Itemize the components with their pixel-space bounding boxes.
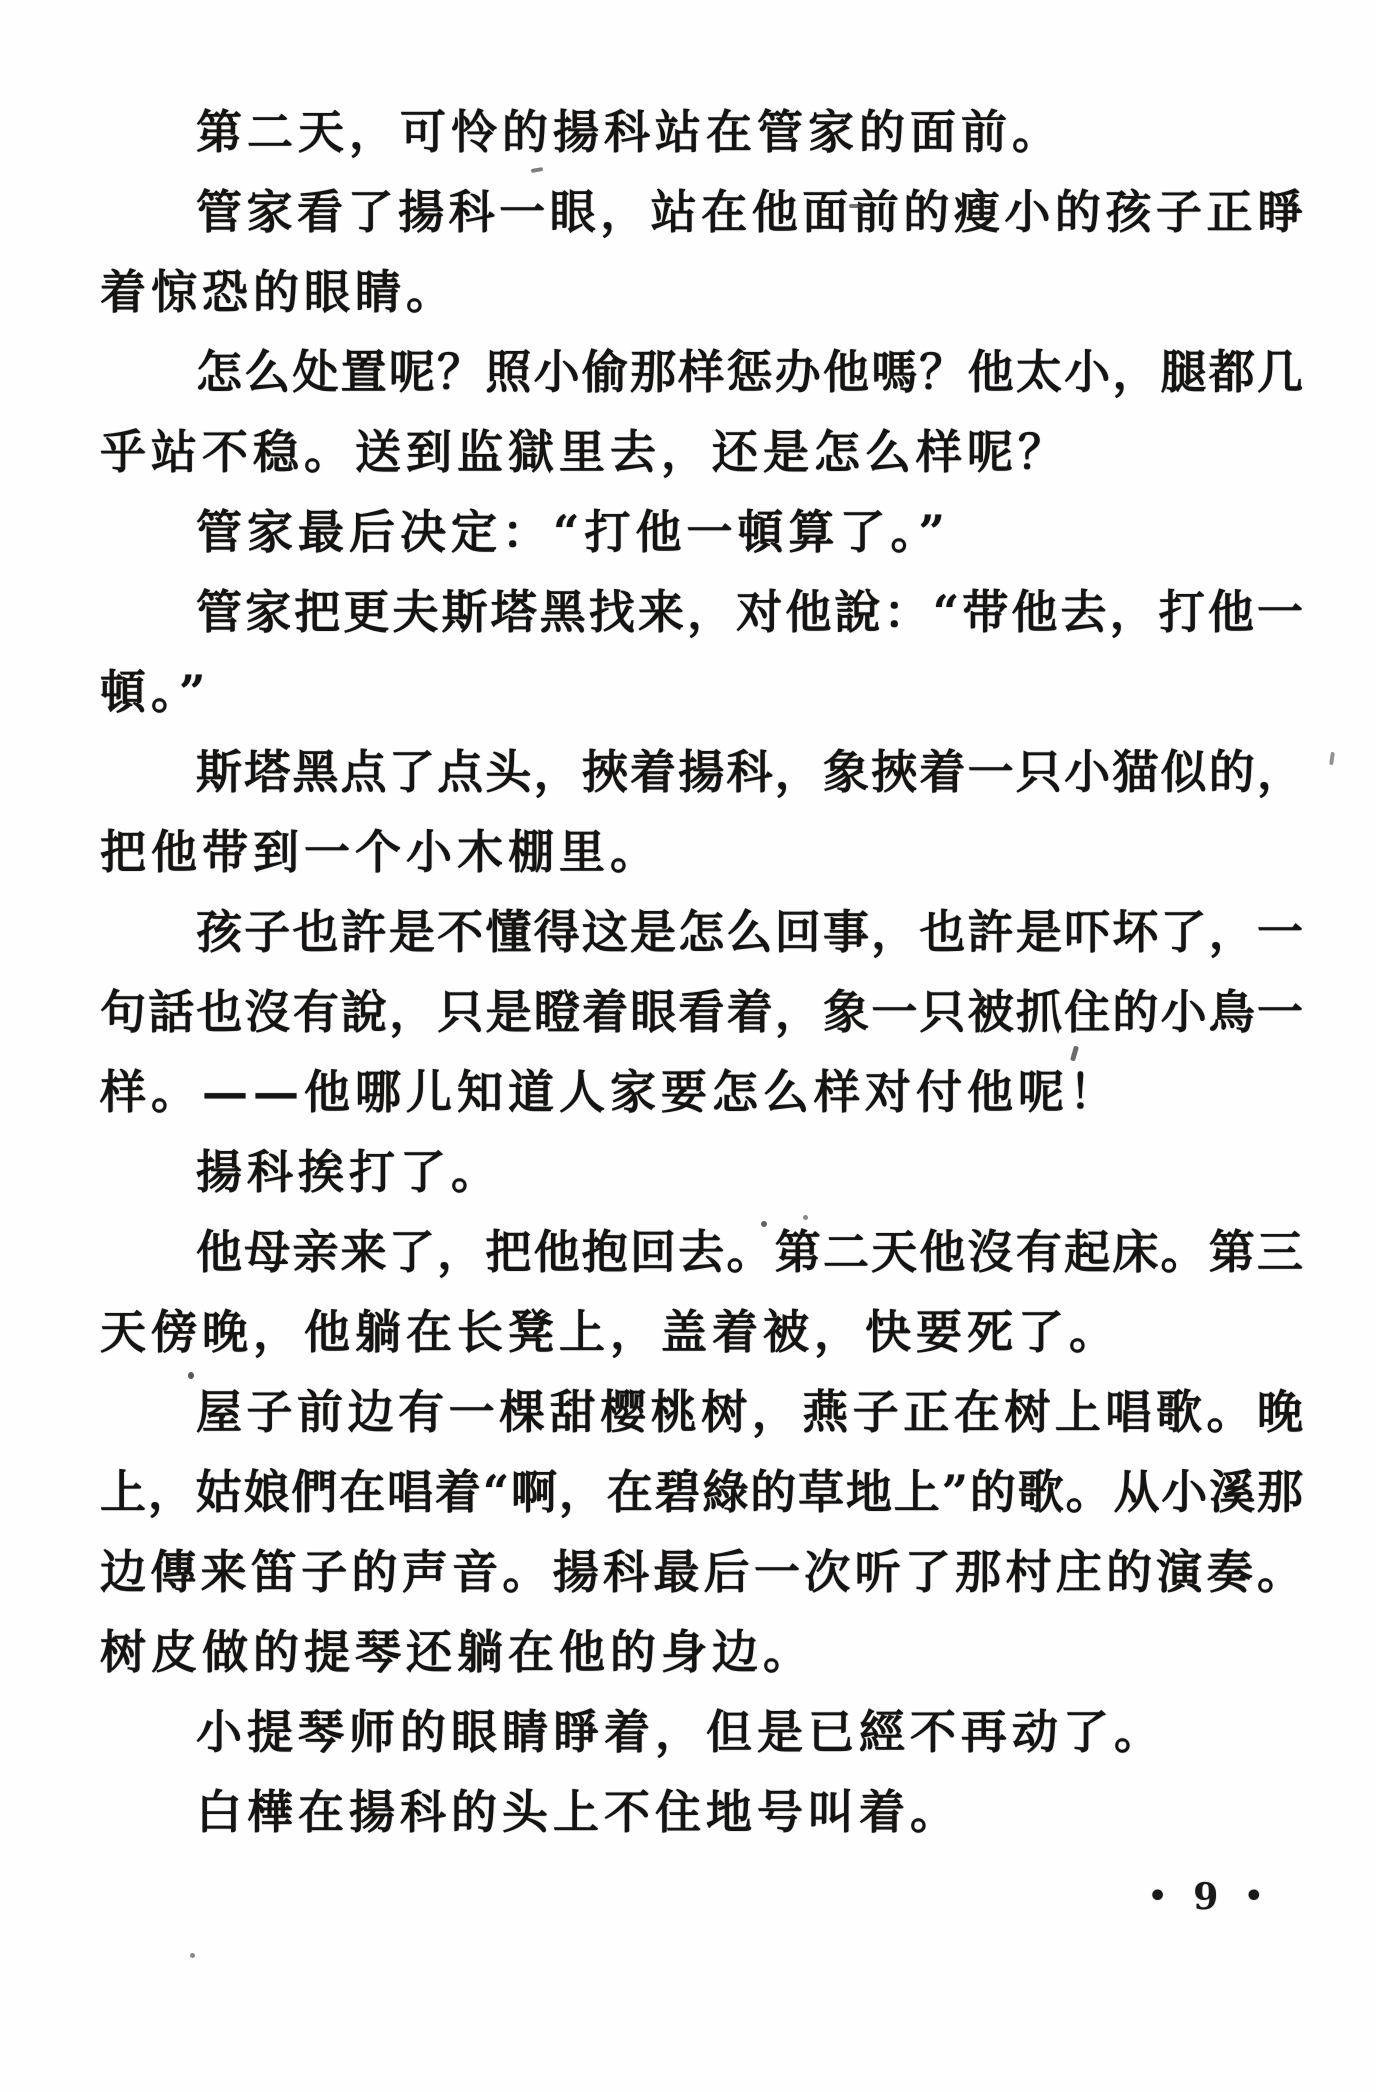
text-line: 小提琴师的眼睛睜着，但是已經不再动了。 (100, 1692, 1303, 1772)
text-line: 树皮做的提琴还躺在他的身边。 (100, 1612, 1303, 1692)
text-line: 頓。” (100, 652, 1303, 732)
text-line: 白樺在揚科的头上不住地号叫着。 (100, 1772, 1303, 1852)
text-line: 怎么处置呢？照小偷那样惩办他嗎？他太小，腿都几 (100, 332, 1303, 412)
text-block: 第二天，可怜的揚科站在管家的面前。管家看了揚科一眼，站在他面前的瘦小的孩子正睜着… (100, 92, 1303, 1852)
text-line: 管家把更夫斯塔黑找来，对他說：“带他去，打他一 (100, 572, 1303, 652)
text-line: 样。——他哪儿知道人家要怎么样对付他呢！ (100, 1052, 1303, 1132)
text-line: 天傍晚，他躺在长凳上，盖着被，快要死了。 (100, 1292, 1303, 1372)
scan-speck (803, 1215, 808, 1220)
text-line: 边傳来笛子的声音。揚科最后一次听了那村庄的演奏。 (100, 1532, 1303, 1612)
text-line: 斯塔黑点了点头，挾着揚科，象挾着一只小猫似的， (100, 732, 1303, 812)
page-number-bullet-icon: • (1244, 1882, 1263, 1912)
page-number-value: 9 (1193, 1876, 1218, 1918)
text-line: 揚科挨打了。 (100, 1132, 1303, 1212)
text-line: 着惊恐的眼睛。 (100, 252, 1303, 332)
scan-speck (1329, 752, 1335, 765)
text-line: 管家看了揚科一眼，站在他面前的瘦小的孩子正睜 (100, 172, 1303, 252)
text-line: 孩子也許是不懂得这是怎么回事，也許是吓坏了，一 (100, 892, 1303, 972)
scan-speck (849, 204, 864, 208)
text-line: 管家最后决定：“打他一頓算了。” (100, 492, 1303, 572)
text-line: 乎站不稳。送到监獄里去，还是怎么样呢？ (100, 412, 1303, 492)
scan-speck (190, 1953, 195, 1958)
page-number: • 9 • (1148, 1876, 1263, 1918)
text-line: 句話也沒有說，只是瞪着眼看着，象一只被抓住的小鳥一 (100, 972, 1303, 1052)
text-line: 屋子前边有一棵甜樱桃树，燕子正在树上唱歌。晚 (100, 1372, 1303, 1452)
text-line: 第二天，可怜的揚科站在管家的面前。 (100, 92, 1303, 172)
text-line: 他母亲来了，把他抱回去。第二天他沒有起床。第三 (100, 1212, 1303, 1292)
text-line: 上，姑娘們在唱着“啊，在碧綠的草地上”的歌。从小溪那 (100, 1452, 1303, 1532)
book-page: 第二天，可怜的揚科站在管家的面前。管家看了揚科一眼，站在他面前的瘦小的孩子正睜着… (0, 0, 1376, 2092)
scan-speck (188, 1372, 194, 1379)
scan-speck (761, 1221, 767, 1227)
text-line: 把他带到一个小木棚里。 (100, 812, 1303, 892)
page-number-bullet-icon: • (1148, 1882, 1167, 1912)
